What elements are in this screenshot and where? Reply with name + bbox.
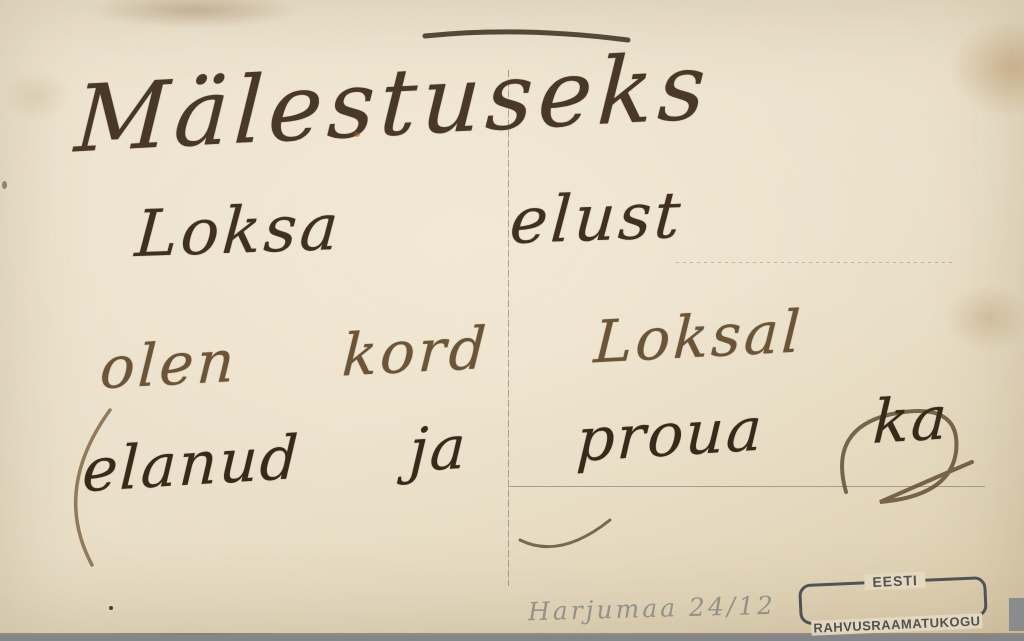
- ink-speck: [109, 606, 113, 610]
- scanner-background: Mälestuseks Loksa elust olen kord Loksal…: [0, 0, 1024, 641]
- edge-mark: [2, 181, 7, 189]
- library-stamp: EESTI RAHVUSRAAMATUKOGU: [796, 571, 996, 634]
- rust-speck: [354, 132, 360, 137]
- handwriting-line-2: Loksa elust: [133, 179, 686, 272]
- handwriting-line-3: olen kord Loksal: [98, 297, 805, 402]
- scanner-corner-gap: [1009, 598, 1024, 631]
- postcard-address-dotted-line: [676, 262, 956, 263]
- handwriting-line-1: Mälestuseks: [72, 34, 687, 173]
- handwriting-line-4: elanud ja proua ka: [81, 383, 950, 506]
- postcard-paper: Mälestuseks Loksa elust olen kord Loksal…: [0, 0, 1024, 635]
- pencil-archival-note: Harjumaa 24/12: [528, 591, 777, 626]
- library-stamp-line1: EESTI: [864, 572, 926, 591]
- postcard-address-line: [509, 486, 985, 487]
